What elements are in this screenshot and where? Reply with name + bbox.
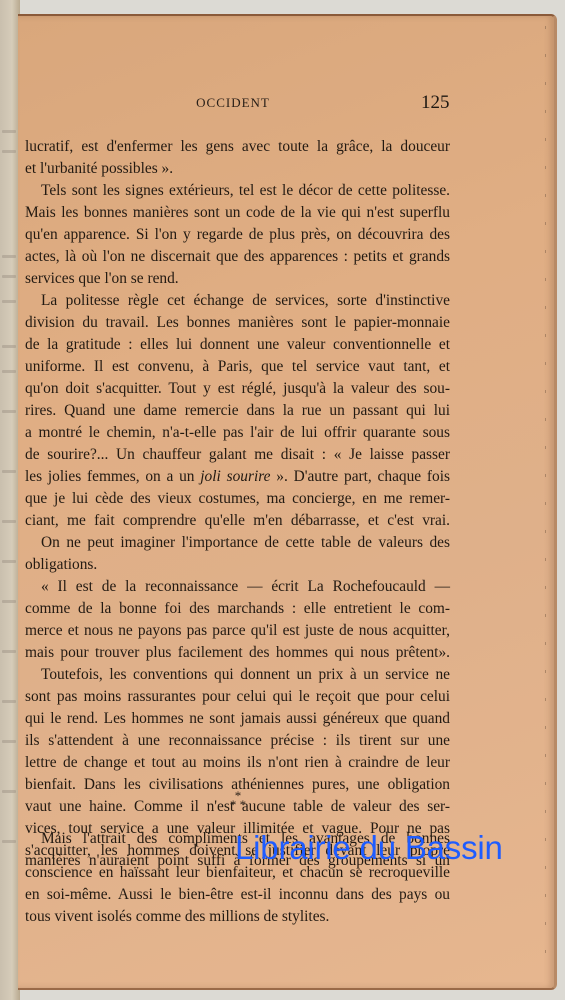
text-line: Mais les bonnes manières sont un code de…: [25, 202, 450, 224]
watermark-text: Librairie du Bassin: [235, 829, 503, 867]
text-line: qu'on doit s'acquitter. Tout y est réglé…: [25, 378, 450, 400]
running-title: OCCIDENT: [18, 95, 448, 111]
italic-phrase: joli sourire: [200, 468, 270, 485]
text-line: uniforme. Il est convenu, à Paris, que t…: [25, 356, 450, 378]
text-line: qui le rend. Les hommes ne sont jamais a…: [25, 708, 450, 730]
text-segment: les jolies femmes, on a un: [25, 468, 200, 485]
text-line: ciant, me fait comprendre qu'elle m'en d…: [25, 510, 450, 532]
text-line: lucratif, est d'enfermer les gens avec t…: [25, 136, 450, 158]
text-line: a montré le chemin, n'a-t-elle pas l'air…: [25, 422, 450, 444]
text-line: services que l'on se rend.: [25, 268, 450, 290]
text-line: « Il est de la reconnaissance — écrit La…: [25, 576, 450, 598]
text-line: de la gratitude : elles lui donnent une …: [25, 334, 450, 356]
text-line: mais pour trouver plus facilement des ho…: [25, 642, 450, 664]
text-line: actes, là où l'on ne discernait que des …: [25, 246, 450, 268]
text-line: les jolies femmes, on a un joli sourire …: [25, 466, 450, 488]
text-line: ils s'attendent à une reconnaissance pré…: [25, 730, 450, 752]
text-line: tous vivent isolés comme des millions de…: [25, 906, 450, 928]
text-line: lettre de change et tout au moins ils n'…: [25, 752, 450, 774]
page-number: 125: [421, 92, 450, 114]
section-break-asterism: * * *: [218, 791, 258, 809]
text-line: sont pas moins rassurantes pour celui qu…: [25, 686, 450, 708]
text-line: merce et nous ne payons pas parce qu'il …: [25, 620, 450, 642]
text-line: obligations.: [25, 554, 450, 576]
text-line: de sourire?... Un chauffeur galant me di…: [25, 444, 450, 466]
text-line: en soi-même. Aussi le bien-être est-il i…: [25, 884, 450, 906]
text-line: que je lui cède des vieux costumes, ma c…: [25, 488, 450, 510]
text-line: et l'urbanité possibles ».: [25, 158, 450, 180]
text-line: qu'en apparence. Si l'on y regarde de pl…: [25, 224, 450, 246]
text-line: Toutefois, les conventions qui donnent u…: [25, 664, 450, 686]
asterism-bottom: * *: [218, 800, 258, 809]
text-segment: ». D'autre part, chaque fois: [270, 468, 450, 485]
text-line: Tels sont les signes extérieurs, tel est…: [25, 180, 450, 202]
text-line: On ne peut imaginer l'importance de cett…: [25, 532, 450, 554]
text-line: La politesse règle cet échange de servic…: [25, 290, 450, 312]
text-line: rires. Quand une dame remercie dans la r…: [25, 400, 450, 422]
previous-page-edge: [0, 0, 20, 1000]
text-line: comme de la bonne foi des marchands : el…: [25, 598, 450, 620]
text-line: division du travail. Les bonnes manières…: [25, 312, 450, 334]
